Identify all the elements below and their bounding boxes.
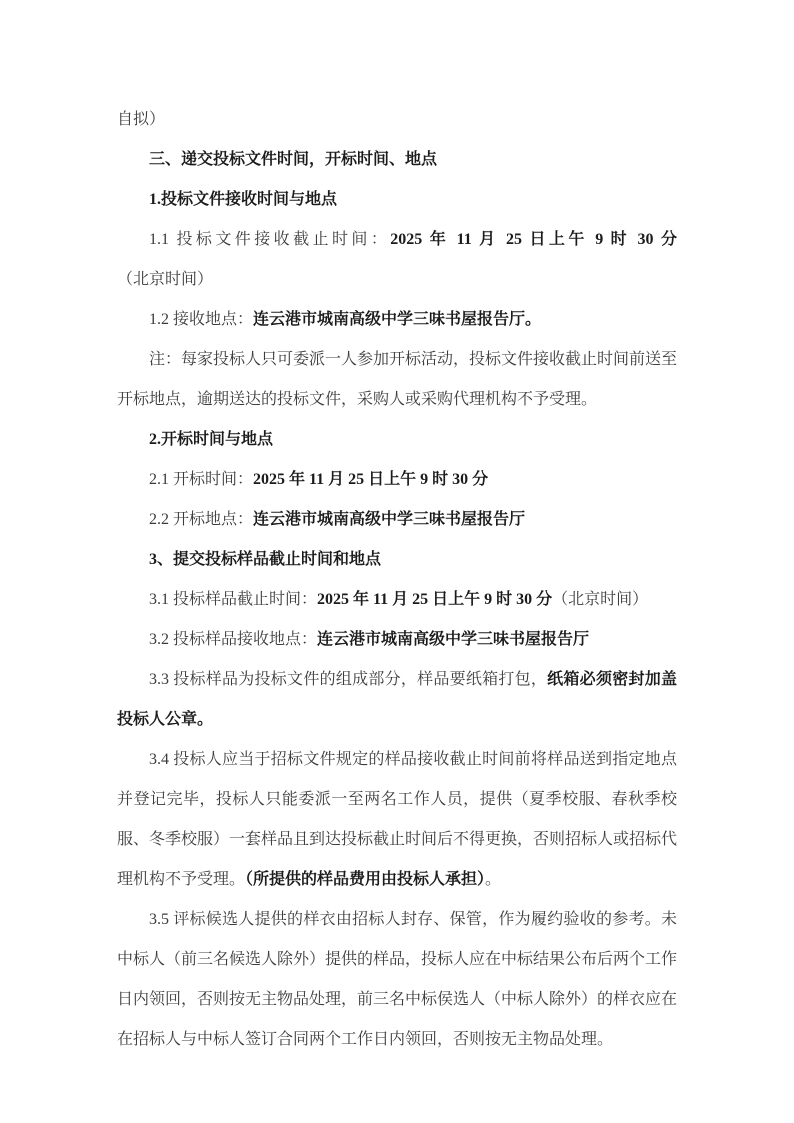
text-run-bold: 三、递交投标文件时间，开标时间、地点 xyxy=(149,151,437,168)
text-run-bold: 连云港市城南高级中学三味书屋报告厅 xyxy=(317,631,589,648)
paragraph-7: 2.开标时间与地点 xyxy=(117,420,677,460)
text-run: 1.1 投标文件接收截止时间： xyxy=(149,231,390,248)
text-run: 注：每家投标人只可委派一人参加开标活动，投标文件接收截止时间前送至开标地点，逾期… xyxy=(117,351,677,408)
paragraph-4: 1.1 投标文件接收截止时间：2025 年 11 月 25 日上午 9 时 30… xyxy=(117,220,677,300)
text-run-bold: 3、提交投标样品截止时间和地点 xyxy=(149,551,381,568)
text-run: 3.4 投标人应当于招标文件规定的样品接收截止时间前将样品送到指定地点并登记完毕… xyxy=(117,751,677,888)
text-run-bold: 2025 年 11 月 25 日上午 9 时 30 分 xyxy=(253,471,488,488)
paragraph-5: 1.2 接收地点：连云港市城南高级中学三味书屋报告厅。 xyxy=(117,300,677,340)
paragraph-2: 三、递交投标文件时间，开标时间、地点 xyxy=(117,140,677,180)
text-run: 1.2 接收地点： xyxy=(149,311,253,328)
text-run: （北京时间） xyxy=(552,591,648,608)
paragraph-15: 3.5 评标候选人提供的样衣由招标人封存、保管，作为履约验收的参考。未中标人（前… xyxy=(117,900,677,1060)
text-run: 。 xyxy=(485,871,501,888)
text-run: 2.2 开标地点： xyxy=(149,511,253,528)
text-run-bold: 连云港市城南高级中学三味书屋报告厅。 xyxy=(253,311,541,328)
paragraph-3: 1.投标文件接收时间与地点 xyxy=(117,180,677,220)
text-run-bold: 1.投标文件接收时间与地点 xyxy=(149,191,337,208)
paragraph-10: 3、提交投标样品截止时间和地点 xyxy=(117,540,677,580)
page: { "page": { "background_color": "#ffffff… xyxy=(0,0,794,1123)
text-run: 3.1 投标样品截止时间： xyxy=(149,591,317,608)
document-page: 自拟）三、递交投标文件时间，开标时间、地点1.投标文件接收时间与地点1.1 投标… xyxy=(0,0,794,1123)
paragraph-1: 自拟） xyxy=(117,100,677,140)
document-content: 自拟）三、递交投标文件时间，开标时间、地点1.投标文件接收时间与地点1.1 投标… xyxy=(117,100,677,1060)
paragraph-13: 3.3 投标样品为投标文件的组成部分，样品要纸箱打包，纸箱必须密封加盖投标人公章… xyxy=(117,660,677,740)
text-run-bold: （所提供的样品费用由投标人承担） xyxy=(245,871,485,888)
paragraph-11: 3.1 投标样品截止时间：2025 年 11 月 25 日上午 9 时 30 分… xyxy=(117,580,677,620)
text-run: 2.1 开标时间： xyxy=(149,471,253,488)
paragraph-8: 2.1 开标时间：2025 年 11 月 25 日上午 9 时 30 分 xyxy=(117,460,677,500)
text-run-bold: 2.开标时间与地点 xyxy=(149,431,273,448)
text-run: 3.2 投标样品接收地点： xyxy=(149,631,317,648)
text-run-bold: 2025 年 11 月 25 日上午 9 时 30 分 xyxy=(317,591,552,608)
paragraph-6: 注：每家投标人只可委派一人参加开标活动，投标文件接收截止时间前送至开标地点，逾期… xyxy=(117,340,677,420)
text-run: （北京时间） xyxy=(117,271,213,288)
text-run: 自拟） xyxy=(117,111,165,128)
paragraph-9: 2.2 开标地点：连云港市城南高级中学三味书屋报告厅 xyxy=(117,500,677,540)
paragraph-12: 3.2 投标样品接收地点：连云港市城南高级中学三味书屋报告厅 xyxy=(117,620,677,660)
paragraph-14: 3.4 投标人应当于招标文件规定的样品接收截止时间前将样品送到指定地点并登记完毕… xyxy=(117,740,677,900)
text-run: 3.5 评标候选人提供的样衣由招标人封存、保管，作为履约验收的参考。未中标人（前… xyxy=(117,911,677,1048)
text-run-bold: 2025 年 11 月 25 日上午 9 时 30 分 xyxy=(390,231,677,248)
text-run: 3.3 投标样品为投标文件的组成部分，样品要纸箱打包， xyxy=(149,671,547,688)
text-run-bold: 连云港市城南高级中学三味书屋报告厅 xyxy=(253,511,525,528)
